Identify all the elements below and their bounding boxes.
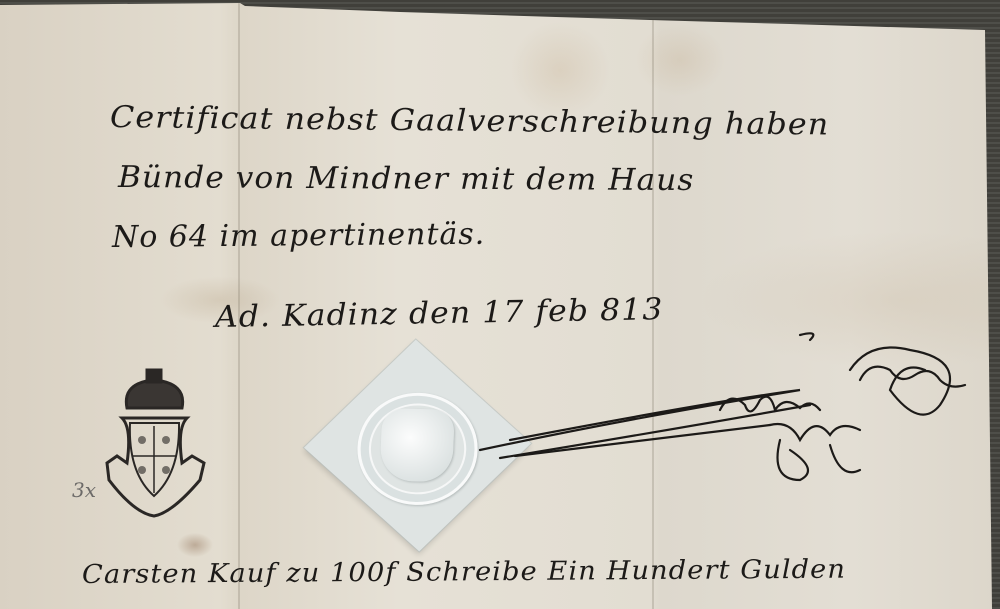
handwritten-line-1: Certificat nebst Gaalverschreibung haben xyxy=(110,100,830,143)
handwritten-line-5: Carsten Kauf zu 100f Schreibe Ein Hunder… xyxy=(82,555,846,590)
handwritten-line-3: No 64 im apertinentäs. xyxy=(112,217,486,255)
handwritten-line-2: Bünde von Mindner mit dem Haus xyxy=(118,160,695,198)
signature-flourish xyxy=(470,330,990,500)
date-line: Ad. Kadinz den 17 feb 813 xyxy=(215,292,664,335)
crown-shield-stamp-icon xyxy=(92,368,217,518)
seal-crest-icon xyxy=(379,408,454,483)
document-page: Certificat nebst Gaalverschreibung haben… xyxy=(0,0,1000,609)
